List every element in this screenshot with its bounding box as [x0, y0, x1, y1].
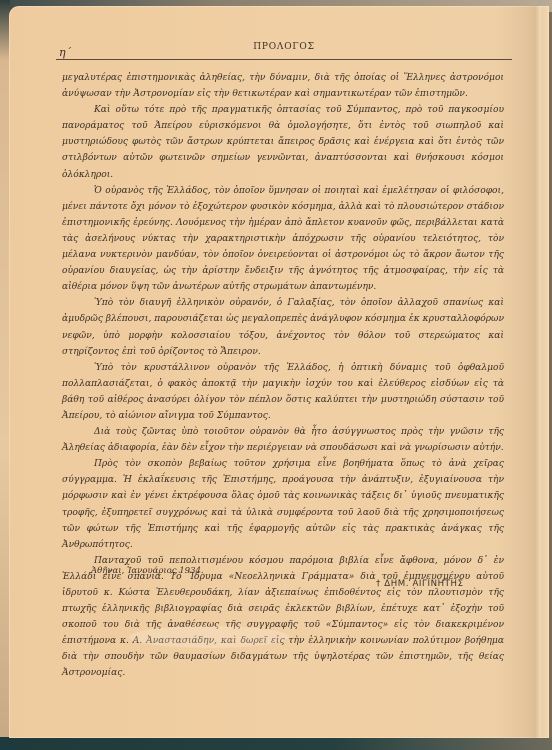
- body-text: μεγαλυτέρας ἐπιστημονικὰς ἀληθείας, τὴν …: [62, 70, 504, 682]
- paragraph: Ὁ οὐρανὸς τῆς Ἑλλάδος, τὸν ὁποῖον ὕμνησα…: [62, 183, 504, 296]
- running-header: η΄ ΠΡΟΛΟΓΟΣ: [54, 40, 514, 60]
- paragraph: Ὑπὸ τὸν διαυγῆ ἑλληνικὸν οὐρανόν, ὁ Γαλα…: [62, 295, 504, 359]
- paper-stain: [129, 626, 289, 648]
- header-rule: [56, 59, 512, 60]
- backdrop-bottom: [0, 737, 552, 750]
- paragraph: Καὶ οὕτω τότε πρὸ τῆς πραγματικῆς ὀπτασί…: [62, 102, 504, 182]
- page-edge-shade: [527, 6, 541, 738]
- running-title: ΠΡΟΛΟΓΟΣ: [54, 42, 514, 52]
- author-signature: † ΔΗΜ. ΑΙΓΙΝΗΤΗΣ: [376, 579, 464, 589]
- paragraph: Διὰ τοὺς ζῶντας ὑπὸ τοιοῦτον οὐρανὸν θὰ …: [62, 424, 504, 456]
- paragraph: Πρὸς τὸν σκοπὸν βεβαίως τοῦτον χρήσιμα ε…: [62, 456, 504, 553]
- book-page: η΄ ΠΡΟΛΟΓΟΣ μεγαλυτέρας ἐπιστημονικὰς ἀλ…: [9, 6, 549, 738]
- paragraph: μεγαλυτέρας ἐπιστημονικὰς ἀληθείας, τὴν …: [62, 70, 504, 102]
- paragraph: Ὑπὸ τὸν κρυστάλλινον οὐρανὸν τῆς Ἑλλάδος…: [62, 360, 504, 424]
- dateline: Ἀθῆναι, Ἰανουάριος 1934.: [91, 566, 204, 576]
